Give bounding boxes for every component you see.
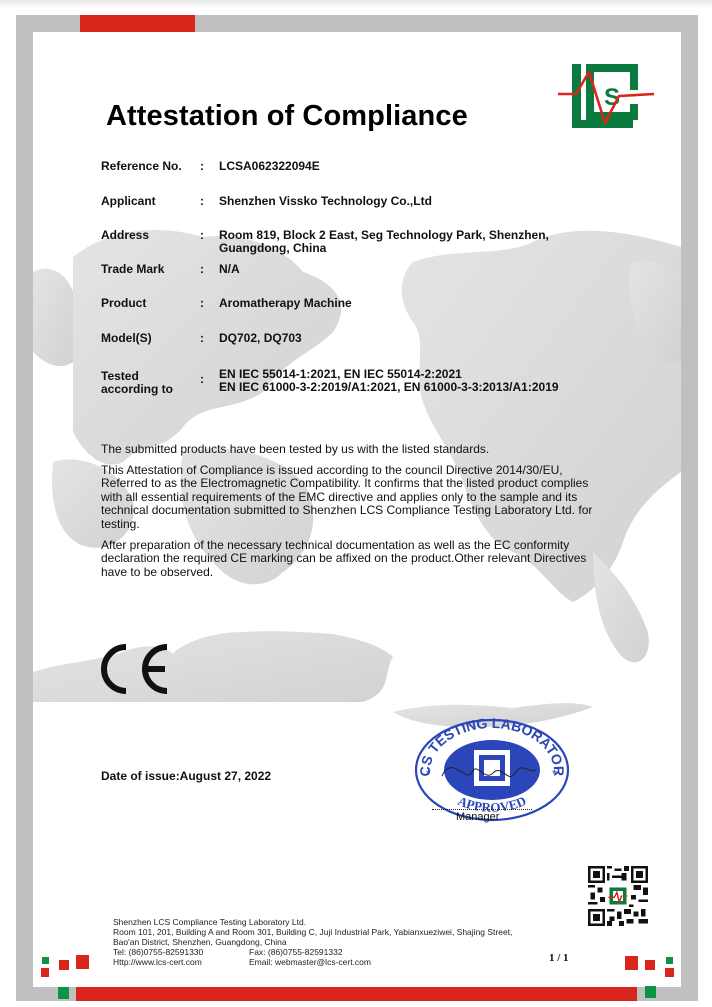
product-name: Aromatherapy Machine	[219, 297, 352, 310]
model-numbers: DQ702, DQ703	[219, 332, 302, 345]
certificate-title: Attestation of Compliance	[106, 100, 468, 133]
frame-red-accent-bottom	[76, 987, 637, 1001]
decor-square	[41, 968, 49, 977]
decor-square	[666, 957, 673, 964]
decor-square	[58, 987, 69, 999]
footer-contact: Shenzhen LCS Compliance Testing Laborato…	[113, 917, 512, 967]
field-label: Model(S)	[101, 332, 196, 345]
paragraph-ce-marking: After preparation of the necessary techn…	[101, 539, 601, 580]
decor-square	[645, 986, 656, 998]
field-label: Reference No.	[101, 160, 196, 173]
field-label: Trade Mark	[101, 263, 196, 276]
field-label: Product	[101, 297, 196, 310]
signature-line	[432, 809, 532, 810]
qr-code-icon	[588, 866, 648, 926]
footer-web: Http://www.lcs-cert.com	[113, 957, 202, 967]
signature-role: Manager	[456, 811, 499, 823]
svg-text:*: *	[426, 767, 431, 781]
ce-mark-icon	[100, 643, 172, 695]
applicant-address: Room 819, Block 2 East, Seg Technology P…	[219, 229, 549, 255]
decor-square	[76, 955, 89, 969]
lcs-logo-icon: S	[556, 60, 656, 135]
approval-stamp-icon: LCS TESTING LABORATORY APPROVED * *	[412, 714, 572, 822]
field-label: Address	[101, 229, 196, 242]
reference-number: LCSA062322094E	[219, 160, 320, 173]
paragraph-tested: The submitted products have been tested …	[101, 443, 601, 457]
footer-fax: Fax: (86)0755-82591332	[249, 947, 343, 957]
decor-square	[42, 957, 49, 964]
footer-tel: Tel: (86)0755-82591330	[113, 947, 203, 957]
field-label: Tested according to	[101, 370, 196, 396]
decor-square	[645, 960, 655, 970]
svg-text:*: *	[552, 767, 557, 781]
test-standards: EN IEC 55014-1:2021, EN IEC 55014-2:2021…	[219, 368, 559, 394]
frame-red-accent-top	[80, 15, 195, 32]
date-of-issue: Date of issue:August 27, 2022	[101, 769, 271, 783]
field-label: Applicant	[101, 195, 196, 208]
applicant-name: Shenzhen Vissko Technology Co.,Ltd	[219, 195, 432, 208]
trade-mark-value: N/A	[219, 263, 240, 276]
decor-square	[59, 960, 69, 970]
attestation-body: The submitted products have been tested …	[101, 443, 601, 586]
decor-square	[665, 968, 674, 977]
footer-email: Email: webmaster@lcs-cert.com	[249, 957, 371, 967]
decor-square	[625, 956, 638, 970]
page-number: 1 / 1	[549, 952, 569, 964]
paragraph-directive: This Attestation of Compliance is issued…	[101, 464, 601, 532]
page-top-shade	[0, 0, 712, 8]
